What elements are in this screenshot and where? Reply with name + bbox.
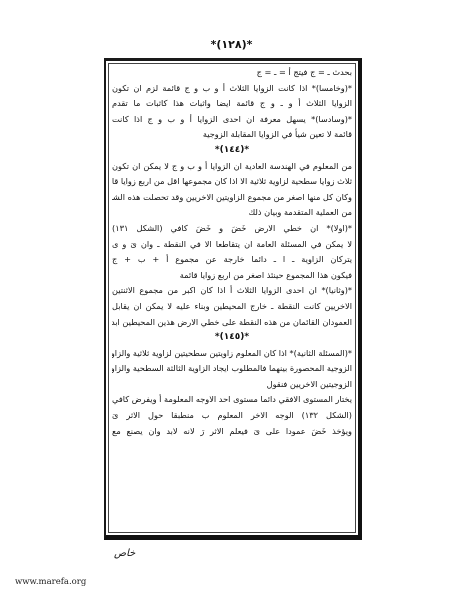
section-heading-144: *(١٤٤)* (112, 143, 352, 159)
text-line: *(وسادسا)* يسهل معرفة ان احدى الزوايا أ … (112, 112, 352, 128)
text-line: العمودان القائمان من هذه النقطة على خطي … (112, 315, 352, 331)
text-frame: بحدث ـ = ج فيتج أ = ـ = ج *(وخامسا)* اذا… (104, 58, 362, 540)
text-line: الزوجيتين الاخريين فنقول (112, 377, 352, 393)
text-line: فيكون هذا المجموع حينئذ اصغر من اربع زوا… (112, 268, 352, 284)
text-line: *(اولا)* ان خطي الارض خَضَ و خَضَ كافي (… (112, 221, 352, 237)
text-line: ويؤخذ خَضَ عمودا على ىَ فيعلم الاثر رَ ل… (112, 424, 352, 440)
page-number: *(١٢٨)* (0, 38, 463, 51)
text-line: بحدث ـ = ج فيتج أ = ـ = ج (112, 65, 352, 81)
catchword: خاص (114, 548, 135, 559)
text-line: *(وثانيا)* ان احدى الزوايا الثلاث أ اذا … (112, 283, 352, 299)
page-body: بحدث ـ = ج فيتج أ = ـ = ج *(وخامسا)* اذا… (112, 65, 352, 529)
text-line: يتركان الزاوية ـ ا ـ دائما خارجة عن مجمو… (112, 252, 352, 268)
text-line: ثلاث زوايا سطحية لزاوية ثلاثية الا اذا ك… (112, 174, 352, 190)
text-line: الزوجية المحصورة بينهما فالمطلوب ايجاد ا… (112, 361, 352, 377)
text-line: *(وخامسا)* اذا كانت الزوايا الثلاث أ و ب… (112, 81, 352, 97)
text-line: *(المسئلة الثانية)* اذا كان المعلوم زاوي… (112, 346, 352, 362)
source-footer: www.marefa.org (15, 577, 86, 587)
text-line: قائمة لا تعين شيأ في الزوايا المقابلة ال… (112, 127, 352, 143)
text-line: الاخريين كانت النقطة ـ خارج المحيطين وبن… (112, 299, 352, 315)
text-line: وكان كل منها اصغر من مجموع الزاويتين الا… (112, 190, 352, 206)
text-line: من المعلوم في الهندسة العادية ان الزوايا… (112, 159, 352, 175)
section-heading-145: *(١٤٥)* (112, 330, 352, 346)
text-line: يختار المستوى الافقي دائما مستوى احد الا… (112, 392, 352, 408)
text-line: (الشكل ١٣٢) الوجه الاخر المعلوم ب منطبقا… (112, 408, 352, 424)
text-line: الزوايا الثلاث أ و ـ و ج قائمة ايضا واثب… (112, 96, 352, 112)
text-line: لا يمكن في المسئلة العامة ان يتقاطعا الا… (112, 237, 352, 253)
text-line: من العملية المتقدمة وبيان ذلك (112, 205, 352, 221)
